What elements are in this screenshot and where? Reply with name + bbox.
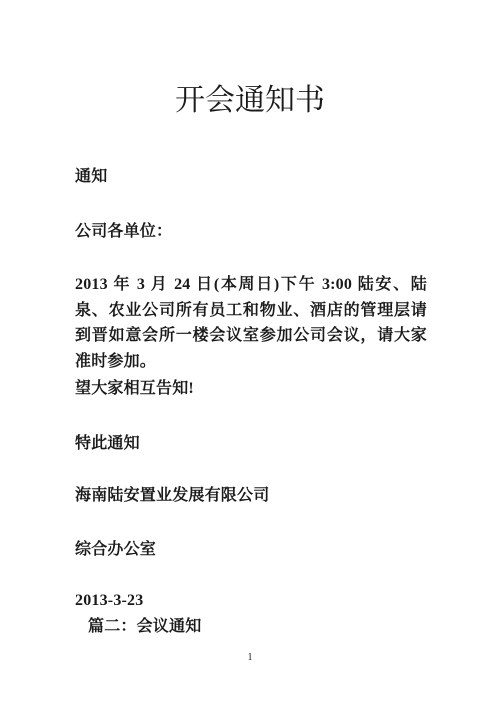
company-signature-line: 海南陆安置业发展有限公司 (75, 483, 427, 509)
document-title: 开会通知书 (0, 82, 500, 120)
hereby-notice-line: 特此通知 (75, 431, 427, 457)
date-line: 2013-3-23 (75, 588, 427, 614)
notice-label: 通知 (75, 164, 427, 190)
inform-each-other-line: 望大家相互告知! (75, 376, 427, 402)
section-two-heading: 篇二：会议通知 (88, 614, 440, 640)
office-signature-line: 综合办公室 (75, 537, 427, 563)
document-page: 开会通知书 通知 公司各单位： 2013 年 3 月 24 日(本周日)下午 3… (0, 0, 500, 707)
meeting-details-paragraph: 2013 年 3 月 24 日(本周日)下午 3:00 陆安、陆泉、农业公司所有… (75, 272, 427, 374)
salutation-line: 公司各单位： (75, 219, 427, 245)
page-number: 1 (0, 652, 500, 664)
